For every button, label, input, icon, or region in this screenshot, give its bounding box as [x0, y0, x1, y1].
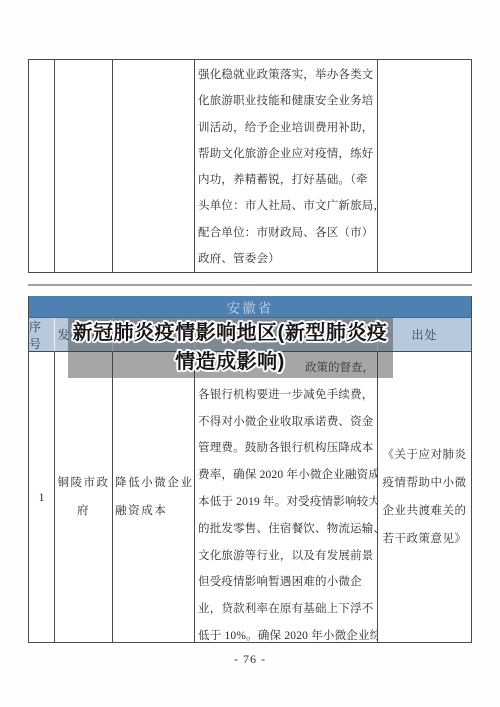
- content-text: 各银行机构要进一步减免手续费， 不得对小微企业收取承诺费、资金 管理费。鼓励各银…: [198, 382, 374, 642]
- top-table-cell-source: [378, 60, 471, 272]
- page-number: - 76 -: [0, 652, 500, 667]
- top-table-cell-index: [29, 60, 55, 272]
- province-header-label: 安徽省: [227, 297, 274, 317]
- separator-line: [28, 284, 472, 286]
- policy-text: 强化稳就业政策落实，举办各类文 化旅游职业技能和健康安全业务培 训活动，给予企业…: [195, 60, 377, 272]
- document-page: 强化稳就业政策落实，举办各类文 化旅游职业技能和健康安全业务培 训活动，给予企业…: [0, 0, 500, 707]
- policy-name-text: 降低小微企业 融资成本: [113, 469, 194, 525]
- cell-policy: 降低小微企业 融资成本: [113, 352, 195, 642]
- cell-index: 1: [29, 352, 55, 642]
- source-text: 《关于应对肺炎 疫情帮助中小微 企业共渡难关的 若干政策意见》: [383, 441, 467, 553]
- header-cell-index: 序号: [29, 318, 55, 351]
- province-header-bar: 安徽省: [29, 296, 471, 318]
- cell-source: 《关于应对肺炎 疫情帮助中小微 企业共渡难关的 若干政策意见》: [378, 352, 471, 642]
- top-table: 强化稳就业政策落实，举办各类文 化旅游职业技能和健康安全业务培 训活动，给予企业…: [28, 59, 472, 273]
- issuer-text: 铜陵市政 府: [58, 469, 110, 525]
- cell-issuer: 铜陵市政 府: [55, 352, 113, 642]
- cell-content: 政策的督查， 各银行机构要进一步减免手续费， 不得对小微企业收取承诺费、资金 管…: [195, 352, 378, 642]
- top-table-cell-policy: [113, 60, 195, 272]
- top-table-cell-content: 强化稳就业政策落实，举办各类文 化旅游职业技能和健康安全业务培 训活动，给予企业…: [195, 60, 378, 272]
- top-table-cell-issuer: [55, 60, 113, 272]
- table-row: 1 铜陵市政 府 降低小微企业 融资成本 政策的督查， 各银行机构要进一步减免手…: [29, 352, 471, 642]
- watermark-title: 新冠肺炎疫情影响地区(新型肺炎疫 情造成影响): [55, 316, 405, 380]
